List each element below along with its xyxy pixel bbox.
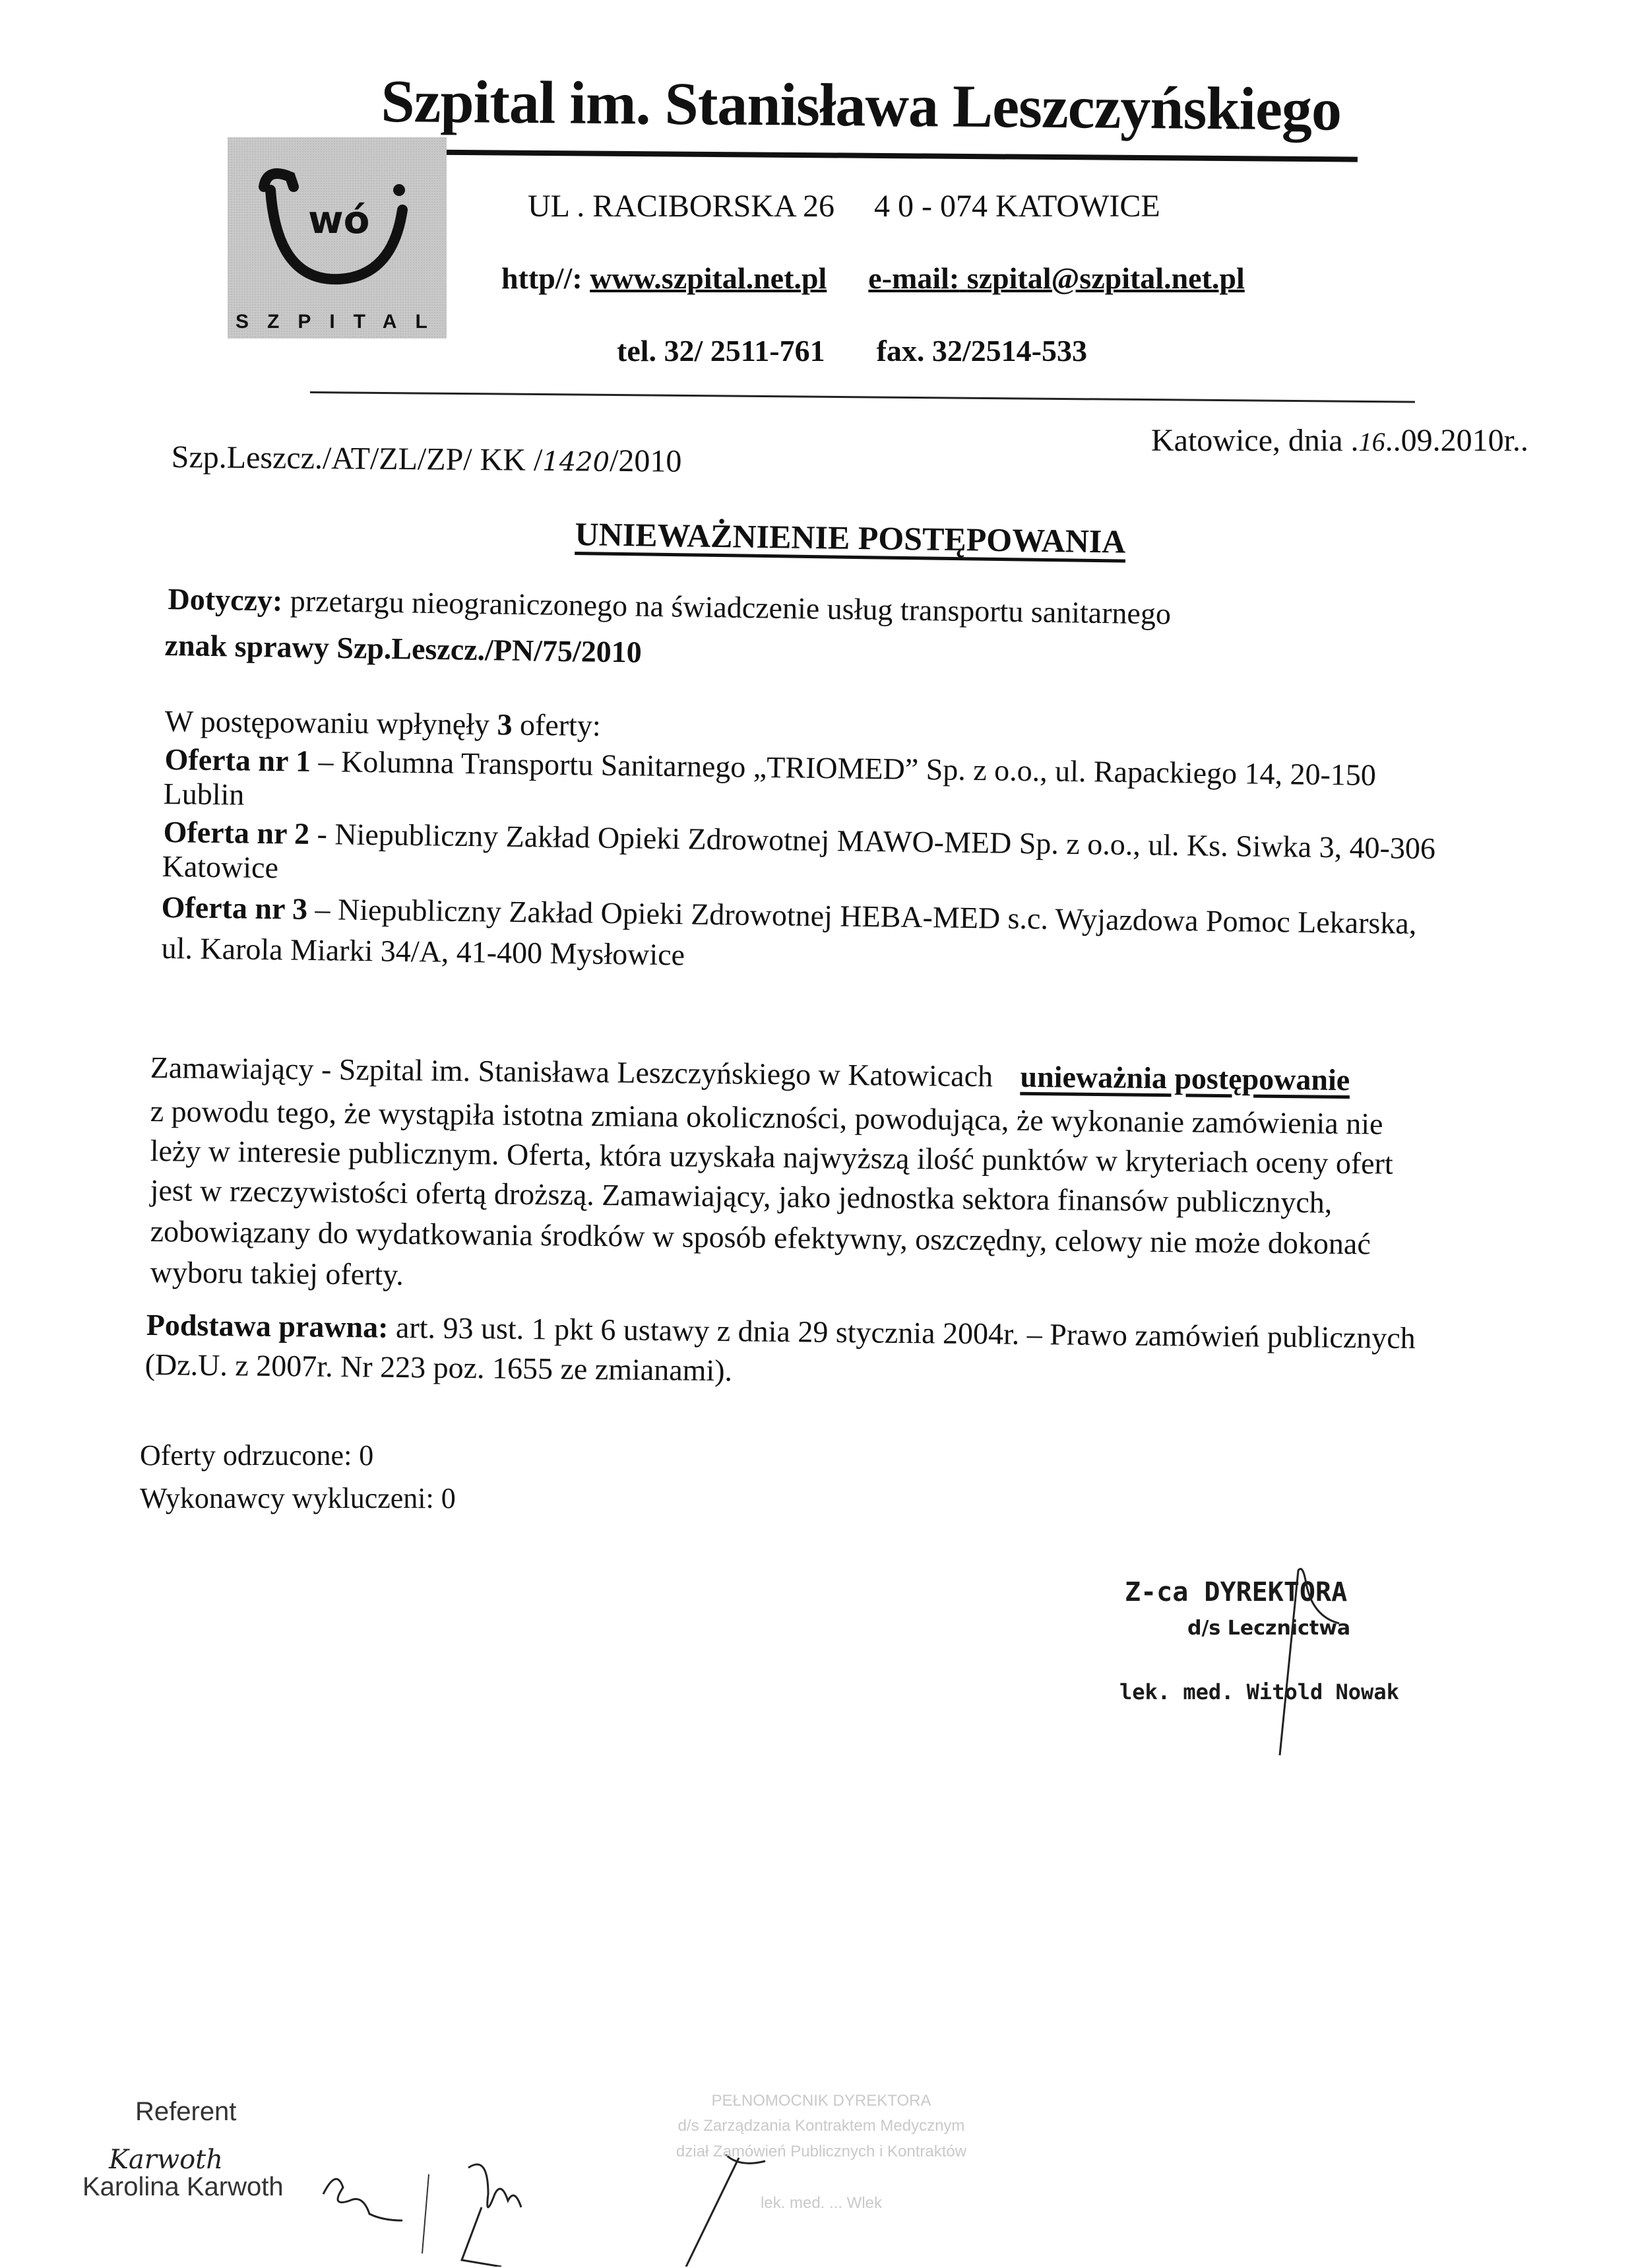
hospital-web-contact: http//: www.szpital.net.pl e-mail: szpit… bbox=[501, 261, 1245, 296]
case-number: znak sprawy Szp.Leszcz./PN/75/2010 bbox=[164, 630, 642, 668]
stamp-name: lek. med. Witold Nowak bbox=[1119, 1679, 1399, 1704]
web-prefix: http//: bbox=[501, 261, 582, 295]
document-date: Katowice, dnia .16..09.2010r.. bbox=[1151, 422, 1528, 459]
reference-suffix: /2010 bbox=[610, 443, 682, 479]
hospital-name: Szpital im. Stanisława Leszczyńskiego bbox=[381, 66, 1341, 145]
referent-label: Referent bbox=[135, 2097, 236, 2127]
legal-basis-label: Podstawa prawna: bbox=[146, 1308, 388, 1344]
faded-stamp-line: d/s Zarządzania Kontraktem Medycznym bbox=[633, 2114, 1009, 2139]
logo-label: SZPITAL bbox=[236, 311, 446, 333]
decision-line: zobowiązany do wydatkowania środków w sp… bbox=[150, 1216, 1523, 1261]
email-link[interactable]: e-mail: szpital@szpital.net.pl bbox=[868, 261, 1244, 295]
decision-emphasis: unieważnia postępowanie bbox=[1020, 1060, 1350, 1097]
email-label: e-mail: bbox=[868, 261, 959, 295]
offer-label: Oferta nr 2 bbox=[163, 815, 309, 851]
reference-number: Szp.Leszcz./AT/ZL/ZP/ KK /1420/2010 bbox=[172, 439, 682, 480]
legal-basis: Podstawa prawna: art. 93 ust. 1 pkt 6 us… bbox=[146, 1310, 1416, 1353]
offers-count: 3 bbox=[497, 707, 513, 741]
decision-text: Zamawiający - Szpital im. Stanisława Les… bbox=[150, 1051, 993, 1093]
subject-line: Dotyczy: przetargu nieograniczonego na ś… bbox=[168, 584, 1171, 630]
offer-label: Oferta nr 1 bbox=[164, 742, 311, 778]
fax-number: fax. 32/2514-533 bbox=[877, 334, 1087, 368]
offer-1-city: Lublin bbox=[163, 779, 244, 810]
legal-basis-citation: (Dz.U. z 2007r. Nr 223 poz. 1655 ze zmia… bbox=[145, 1349, 733, 1386]
subject-text: przetargu nieograniczonego na świadczeni… bbox=[290, 584, 1171, 631]
handwritten-number: 1420 bbox=[542, 447, 610, 478]
reference-prefix: Szp.Leszcz./AT/ZL/ZP/ KK / bbox=[172, 439, 543, 478]
offers-intro: W postępowaniu wpłynęły 3 oferty: bbox=[165, 706, 601, 741]
referent-name: Karolina Karwoth bbox=[82, 2172, 284, 2202]
phone-number: tel. 32/ 2511-761 bbox=[617, 334, 825, 368]
offer-3-address: ul. Karola Miarki 34/A, 41-400 Mysłowice bbox=[161, 933, 685, 970]
date-suffix: ..09.2010r.. bbox=[1385, 423, 1528, 458]
email-address: szpital@szpital.net.pl bbox=[967, 261, 1245, 295]
offer-2: Oferta nr 2 - Niepubliczny Zakład Opieki… bbox=[163, 817, 1435, 864]
svg-text:wó: wó bbox=[308, 197, 369, 242]
offer-details: – Kolumna Transportu Sanitarnego „TRIOME… bbox=[311, 744, 1376, 792]
director-signature bbox=[1267, 1564, 1346, 1762]
offer-details: - Niepubliczny Zakład Opieki Zdrowotnej … bbox=[309, 817, 1436, 865]
decision-line: jest w rzeczywistości ofertą droższą. Za… bbox=[150, 1175, 1523, 1220]
faded-stamp: PEŁNOMOCNIK DYREKTORA d/s Zarządzania Ko… bbox=[633, 2089, 1009, 2217]
offer-3: Oferta nr 3 – Niepubliczny Zakład Opieki… bbox=[161, 892, 1416, 939]
hospital-address: UL . RACIBORSKA 264 0 - 074 KATOWICE bbox=[528, 188, 1160, 224]
smile-logo-icon: wó bbox=[241, 150, 432, 302]
decision-line: Zamawiający - Szpital im. Stanisława Les… bbox=[150, 1053, 1523, 1097]
address-street: UL . RACIBORSKA 26 bbox=[528, 189, 834, 224]
date-prefix: Katowice, dnia . bbox=[1151, 423, 1359, 458]
referent-signature: Karwoth bbox=[109, 2145, 223, 2175]
handwritten-day: 16 bbox=[1359, 427, 1385, 457]
decision-line: leży w interesie publicznym. Oferta, któ… bbox=[150, 1136, 1523, 1181]
offer-1: Oferta nr 1 – Kolumna Transportu Sanitar… bbox=[164, 744, 1376, 791]
subject-label: Dotyczy: bbox=[168, 582, 282, 618]
website-link[interactable]: www.szpital.net.pl bbox=[590, 261, 827, 295]
decision-line: z powodu tego, że wystąpiła istotna zmia… bbox=[150, 1096, 1523, 1141]
title-underline bbox=[381, 149, 1358, 162]
offers-intro-text: W postępowaniu wpłynęły bbox=[164, 704, 497, 741]
rejected-offers: Oferty odrzucone: 0 bbox=[140, 1439, 373, 1472]
faded-stamp-line bbox=[633, 2164, 1009, 2191]
legal-basis-text: art. 93 ust. 1 pkt 6 ustawy z dnia 29 st… bbox=[388, 1311, 1416, 1355]
faded-stamp-line: dział Zamówień Publicznych i Kontraktów bbox=[633, 2139, 1009, 2164]
address-city: 4 0 - 074 KATOWICE bbox=[874, 189, 1160, 224]
hospital-phone-fax: tel. 32/ 2511-761 fax. 32/2514-533 bbox=[617, 333, 1087, 368]
excluded-contractors: Wykonawcy wykluczeni: 0 bbox=[140, 1481, 456, 1515]
offers-intro-suffix: oferty: bbox=[512, 708, 601, 742]
faded-stamp-line: lek. med. ... Wlek bbox=[633, 2191, 1009, 2216]
decision-line: wyboru takiej oferty. bbox=[150, 1257, 1523, 1302]
document-title: UNIEWAŻNIENIE POSTĘPOWANIA bbox=[575, 515, 1126, 561]
faded-stamp-line: PEŁNOMOCNIK DYREKTORA bbox=[633, 2089, 1009, 2114]
offer-label: Oferta nr 3 bbox=[161, 890, 307, 926]
hospital-logo: wó SZPITAL bbox=[228, 137, 447, 339]
letterhead-separator bbox=[310, 391, 1415, 403]
offer-details: – Niepubliczny Zakład Opieki Zdrowotnej … bbox=[307, 892, 1417, 940]
offer-2-city: Katowice bbox=[162, 851, 278, 883]
